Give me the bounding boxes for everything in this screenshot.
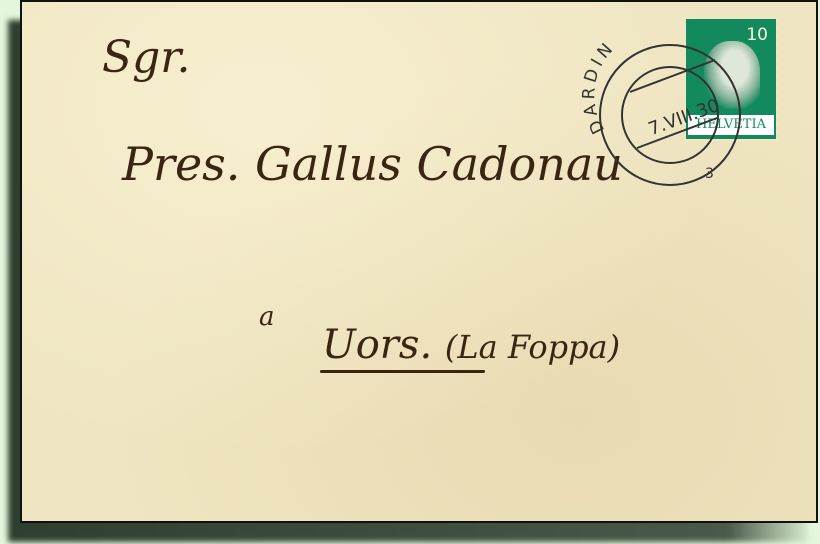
postmark-date: 7.VIII.30 [646, 95, 723, 140]
town: Uors. [322, 322, 432, 368]
stamp-value: 10 [746, 25, 768, 45]
preposition: a [259, 302, 275, 332]
town-underline [320, 370, 485, 373]
postmark-town: DARDIN [579, 37, 620, 137]
postmark: DARDIN 7.VIII.30 3 [575, 20, 745, 190]
destination: Uors. (La Foppa) [322, 322, 620, 368]
locality: (La Foppa) [445, 328, 620, 366]
svg-text:DARDIN: DARDIN [579, 37, 620, 137]
salutation: Sgr. [102, 32, 191, 83]
postmark-number: 3 [705, 166, 714, 182]
recipient-name: Pres. Gallus Cadonau [122, 137, 623, 191]
